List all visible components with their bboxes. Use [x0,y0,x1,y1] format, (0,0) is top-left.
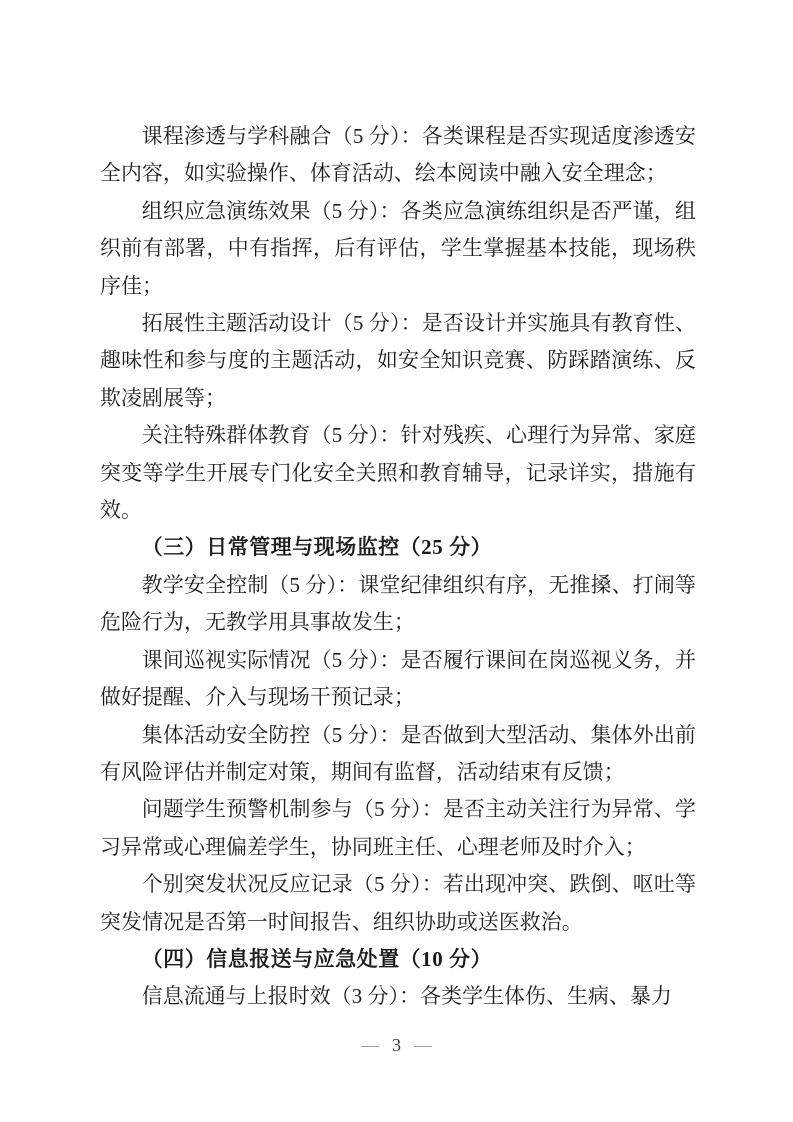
page-number: 3 [392,1031,401,1059]
paragraph-student-warning: 问题学生预警机制参与（5 分）：是否主动关注行为异常、学习异常或心理偏差学生，协… [100,791,696,866]
section-heading-4: （四）信息报送与应急处置（10 分） [100,941,696,978]
paragraph-teaching-safety: 教学安全控制（5 分）：课堂纪律组织有序，无推搡、打闹等危险行为，无教学用具事故… [100,567,696,642]
page-footer: —3— [0,1031,793,1059]
document-page: 课程渗透与学科融合（5 分）：各类课程是否实现适度渗透安全内容，如实验操作、体育… [0,0,793,1122]
paragraph-course-infusion: 课程渗透与学科融合（5 分）：各类课程是否实现适度渗透安全内容，如实验操作、体育… [100,118,696,193]
paragraph-emergency-drill: 组织应急演练效果（5 分）：各类应急演练组织是否严谨，组织前有部署，中有指挥，后… [100,193,696,305]
paragraph-theme-activity: 拓展性主题活动设计（5 分）：是否设计并实施具有教育性、趣味性和参与度的主题活动… [100,305,696,417]
paragraph-special-groups: 关注特殊群体教育（5 分）：针对残疾、心理行为异常、家庭突变等学生开展专门化安全… [100,417,696,529]
section-heading-3: （三）日常管理与现场监控（25 分） [100,529,696,566]
document-body: 课程渗透与学科融合（5 分）：各类课程是否实现适度渗透安全内容，如实验操作、体育… [100,118,696,1016]
paragraph-info-reporting: 信息流通与上报时效（3 分）：各类学生体伤、生病、暴力 [100,978,696,1015]
footer-dash-right: — [414,1035,432,1055]
footer-dash-left: — [361,1035,379,1055]
paragraph-recess-patrol: 课间巡视实际情况（5 分）：是否履行课间在岗巡视义务，并做好提醒、介入与现场干预… [100,642,696,717]
paragraph-group-activity: 集体活动安全防控（5 分）：是否做到大型活动、集体外出前有风险评估并制定对策，期… [100,717,696,792]
paragraph-incident-response: 个别突发状况反应记录（5 分）：若出现冲突、跌倒、呕吐等突发情况是否第一时间报告… [100,866,696,941]
